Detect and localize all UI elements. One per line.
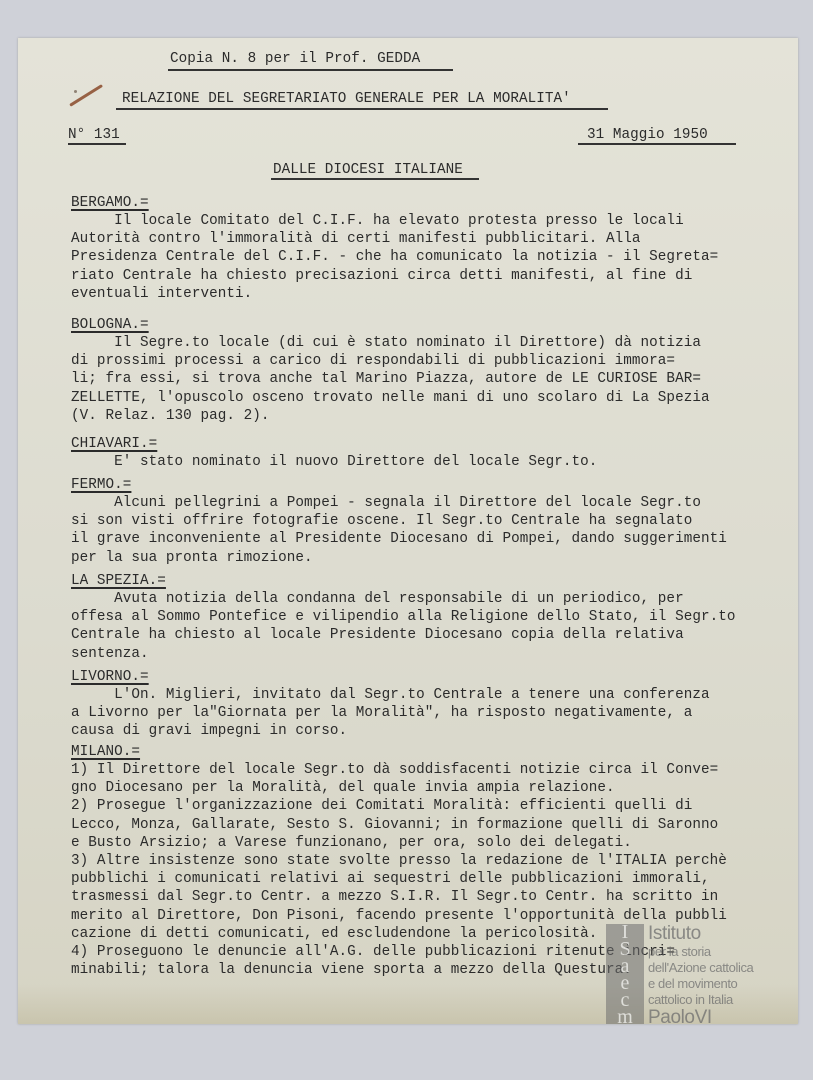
section-heading: MILANO.= [71, 743, 140, 761]
section-text-line: E' stato nominato il nuovo Direttore del… [71, 453, 597, 471]
section-text-line: sentenza. [71, 645, 149, 663]
section-text-line: li; fra essi, si trova anche tal Marino … [71, 370, 701, 388]
section-text-line: Avuta notizia della condanna del respons… [71, 590, 684, 608]
title-underline [116, 108, 608, 110]
section-heading: CHIAVARI.= [71, 435, 157, 453]
section-text-line: e Busto Arsizio; a Varese funzionano, pe… [71, 834, 632, 852]
section-text-line: si son visti offrire fotografie oscene. … [71, 512, 692, 530]
section-text-line: Lecco, Monza, Gallarate, Sesto S. Giovan… [71, 816, 718, 834]
section-text-line: Il Segre.to locale (di cui è stato nomin… [71, 334, 701, 352]
section-text-line: Autorità contro l'immoralità di certi ma… [71, 230, 641, 248]
section-text-line: 4) Proseguono le denuncie all'A.G. delle… [71, 943, 675, 961]
document-title: RELAZIONE DEL SEGRETARIATO GENERALE PER … [122, 90, 571, 108]
section-heading: BOLOGNA.= [71, 316, 149, 334]
watermark-line: per la storia [648, 944, 753, 960]
watermark-line: e del movimento [648, 976, 753, 992]
document-date: 31 Maggio 1950 [587, 126, 708, 144]
section-text-line: 1) Il Direttore del locale Segr.to dà so… [71, 761, 718, 779]
section-text-line: 2) Prosegue l'organizzazione dei Comitat… [71, 797, 692, 815]
section-heading: FERMO.= [71, 476, 131, 494]
ink-speck [74, 90, 77, 93]
watermark-line: Istituto [648, 924, 753, 944]
section-text-line: Presidenza Centrale del C.I.F. - che ha … [71, 248, 718, 266]
section-text-line: (V. Relaz. 130 pag. 2). [71, 407, 269, 425]
section-text-line: ZELLETTE, l'opuscolo osceno trovato nell… [71, 389, 710, 407]
isacem-watermark: ISaecm Istitutoper la storiadell'Azione … [606, 924, 796, 1024]
section-heading: LA SPEZIA.= [71, 572, 166, 590]
section-text-line: per la sua pronta rimozione. [71, 549, 313, 567]
section-text-line: L'On. Miglieri, invitato dal Segr.to Cen… [71, 686, 710, 704]
section-text-line: a Livorno per la"Giornata per la Moralit… [71, 704, 692, 722]
section-text-line: Il locale Comitato del C.I.F. ha elevato… [71, 212, 684, 230]
section-text-line: Alcuni pellegrini a Pompei - segnala il … [71, 494, 701, 512]
section-text-line: di prossimi processi a carico di respond… [71, 352, 675, 370]
copy-underline [168, 69, 453, 71]
section-text-line: Centrale ha chiesto al locale Presidente… [71, 626, 684, 644]
section-text-line: 3) Altre insistenze sono state svolte pr… [71, 852, 727, 870]
section-text-line: pubblichi i comunicati relativi ai seque… [71, 870, 710, 888]
watermark-text: Istitutoper la storiadell'Azione cattoli… [648, 924, 753, 1028]
watermark-name: PaoloVI [648, 1008, 753, 1028]
section-heading: BERGAMO.= [71, 194, 149, 212]
watermark-line: dell'Azione cattolica [648, 960, 753, 976]
section-text-line: il grave inconveniente al Presidente Dio… [71, 530, 727, 548]
watermark-line: cattolico in Italia [648, 992, 753, 1008]
section-text-line: eventuali interventi. [71, 285, 252, 303]
section-text-line: merito al Direttore, Don Pisoni, facendo… [71, 907, 727, 925]
subtitle-underline [271, 178, 479, 180]
section-text-line: minabili; talora la denuncia viene sport… [71, 961, 632, 979]
document-subtitle: DALLE DIOCESI ITALIANE [273, 161, 463, 179]
number-underline [68, 143, 126, 145]
isacem-logo: ISaecm [606, 924, 644, 1024]
document-number: N° 131 [68, 126, 120, 144]
copy-line: Copia N. 8 per il Prof. GEDDA [170, 50, 420, 68]
logo-letter: m [617, 1009, 633, 1026]
section-text-line: trasmessi dal Segr.to Centr. a mezzo S.I… [71, 888, 718, 906]
section-heading: LIVORNO.= [71, 668, 149, 686]
section-text-line: cazione di detti comunicati, ed escluden… [71, 925, 597, 943]
section-text-line: riato Centrale ha chiesto precisazioni c… [71, 267, 692, 285]
ink-mark [69, 84, 103, 107]
section-text-line: causa di gravi impegni in corso. [71, 722, 347, 740]
section-text-line: offesa al Sommo Pontefice e vilipendio a… [71, 608, 735, 626]
date-underline [578, 143, 736, 145]
section-text-line: gno Diocesano per la Moralità, del quale… [71, 779, 615, 797]
